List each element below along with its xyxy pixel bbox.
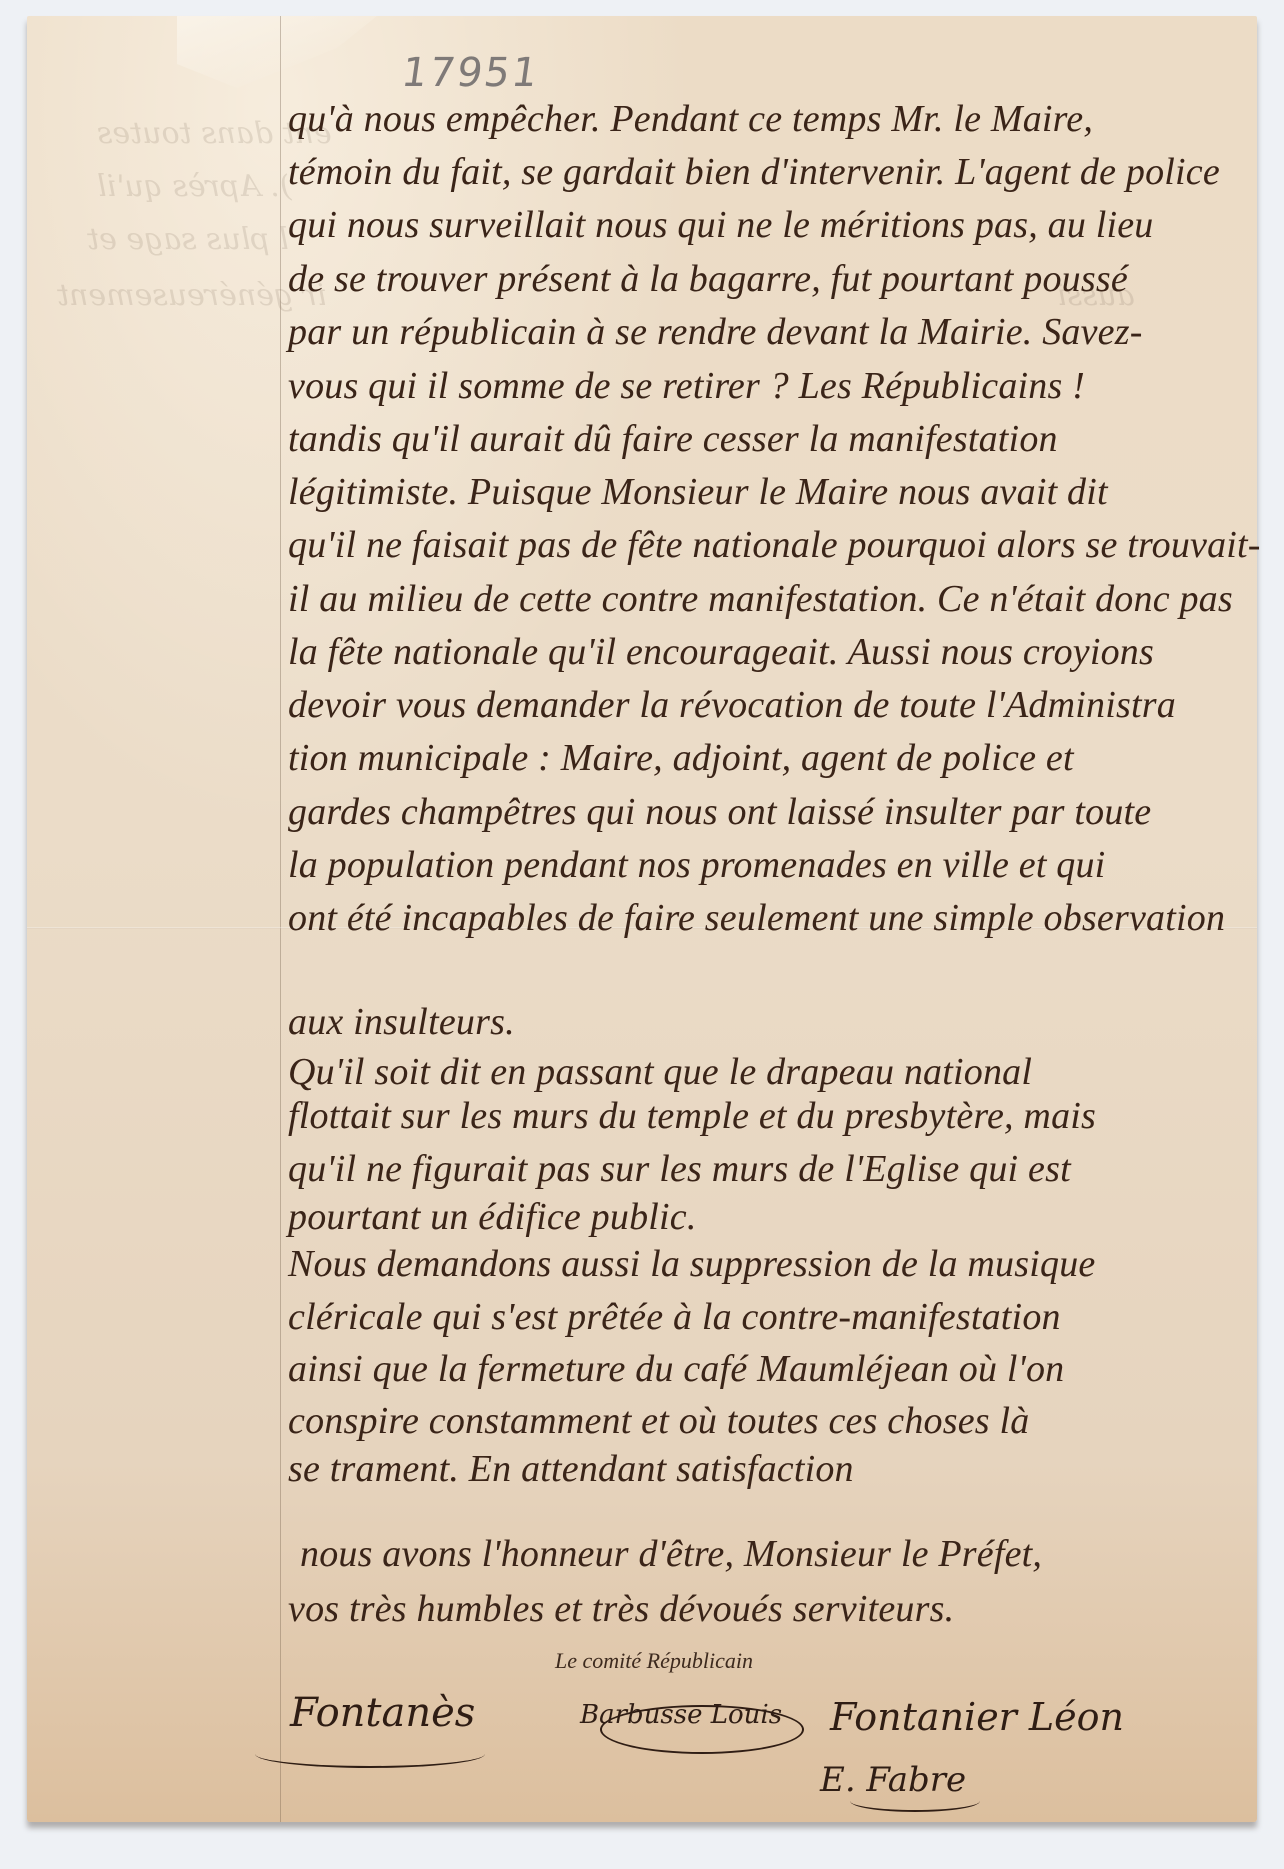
text-line: tion municipale : Maire, adjoint, agent … — [288, 739, 1074, 777]
text-line: qui nous surveillait nous qui ne le méri… — [288, 206, 1154, 244]
text-line: pourtant un édifice public. — [288, 1198, 697, 1236]
text-line: il au milieu de cette contre manifestati… — [288, 580, 1233, 618]
text-line: vous qui il somme de se retirer ? Les Ré… — [288, 367, 1085, 405]
text-line: flottait sur les murs du temple et du pr… — [288, 1097, 1096, 1135]
text-line: qu'à nous empêcher. Pendant ce temps Mr.… — [288, 100, 1093, 138]
text-line: tandis qu'il aurait dû faire cesser la m… — [288, 420, 1058, 458]
text-line: par un républicain à se rendre devant la… — [288, 313, 1143, 351]
text-line: la population pendant nos promenades en … — [288, 846, 1105, 884]
text-line: aux insulteurs. — [288, 1003, 515, 1041]
text-line: qu'il ne faisait pas de fête nationale p… — [288, 526, 1261, 564]
text-line: cléricale qui s'est prêtée à la contre-m… — [288, 1298, 1061, 1336]
text-line: devoir vous demander la révocation de to… — [288, 686, 1176, 724]
signature-flourish — [850, 1790, 980, 1812]
signature: Fontanès — [290, 1690, 475, 1736]
text-line: la fête nationale qu'il encourageait. Au… — [288, 633, 1154, 671]
text-line: se trament. En attendant satisfaction — [288, 1450, 854, 1488]
text-line: Nous demandons aussi la suppression de l… — [288, 1245, 1095, 1283]
text-line: légitimiste. Puisque Monsieur le Maire n… — [288, 473, 1108, 511]
signature: Fontanier Léon — [830, 1695, 1124, 1739]
text-line: de se trouver présent à la bagarre, fut … — [288, 260, 1128, 298]
committee-label: Le comité Républicain — [555, 1648, 753, 1674]
bleed-through-text: ). Après qu'il — [97, 169, 292, 204]
bleed-through-text: l plus sage et — [87, 222, 289, 257]
bleed-through-text: ir généreusement — [57, 278, 327, 313]
signature-flourish — [255, 1740, 485, 1768]
archive-number: 17951 — [399, 50, 543, 96]
text-line: ainsi que la fermeture du café Maumléjea… — [288, 1350, 1064, 1388]
text-line: qu'il ne figurait pas sur les murs de l'… — [288, 1150, 1071, 1188]
text-line: Qu'il soit dit en passant que le drapeau… — [288, 1053, 1032, 1091]
text-line: témoin du fait, se gardait bien d'interv… — [288, 153, 1220, 191]
text-line: ont été incapables de faire seulement un… — [288, 899, 1225, 937]
text-line: nous avons l'honneur d'être, Monsieur le… — [300, 1535, 1042, 1573]
signature-flourish — [600, 1705, 804, 1754]
text-line: gardes champêtres qui nous ont laissé in… — [288, 793, 1151, 831]
text-line: vos très humbles et très dévoués servite… — [288, 1590, 954, 1628]
text-line: conspire constamment et où toutes ces ch… — [288, 1402, 1029, 1440]
torn-corner — [177, 16, 377, 96]
